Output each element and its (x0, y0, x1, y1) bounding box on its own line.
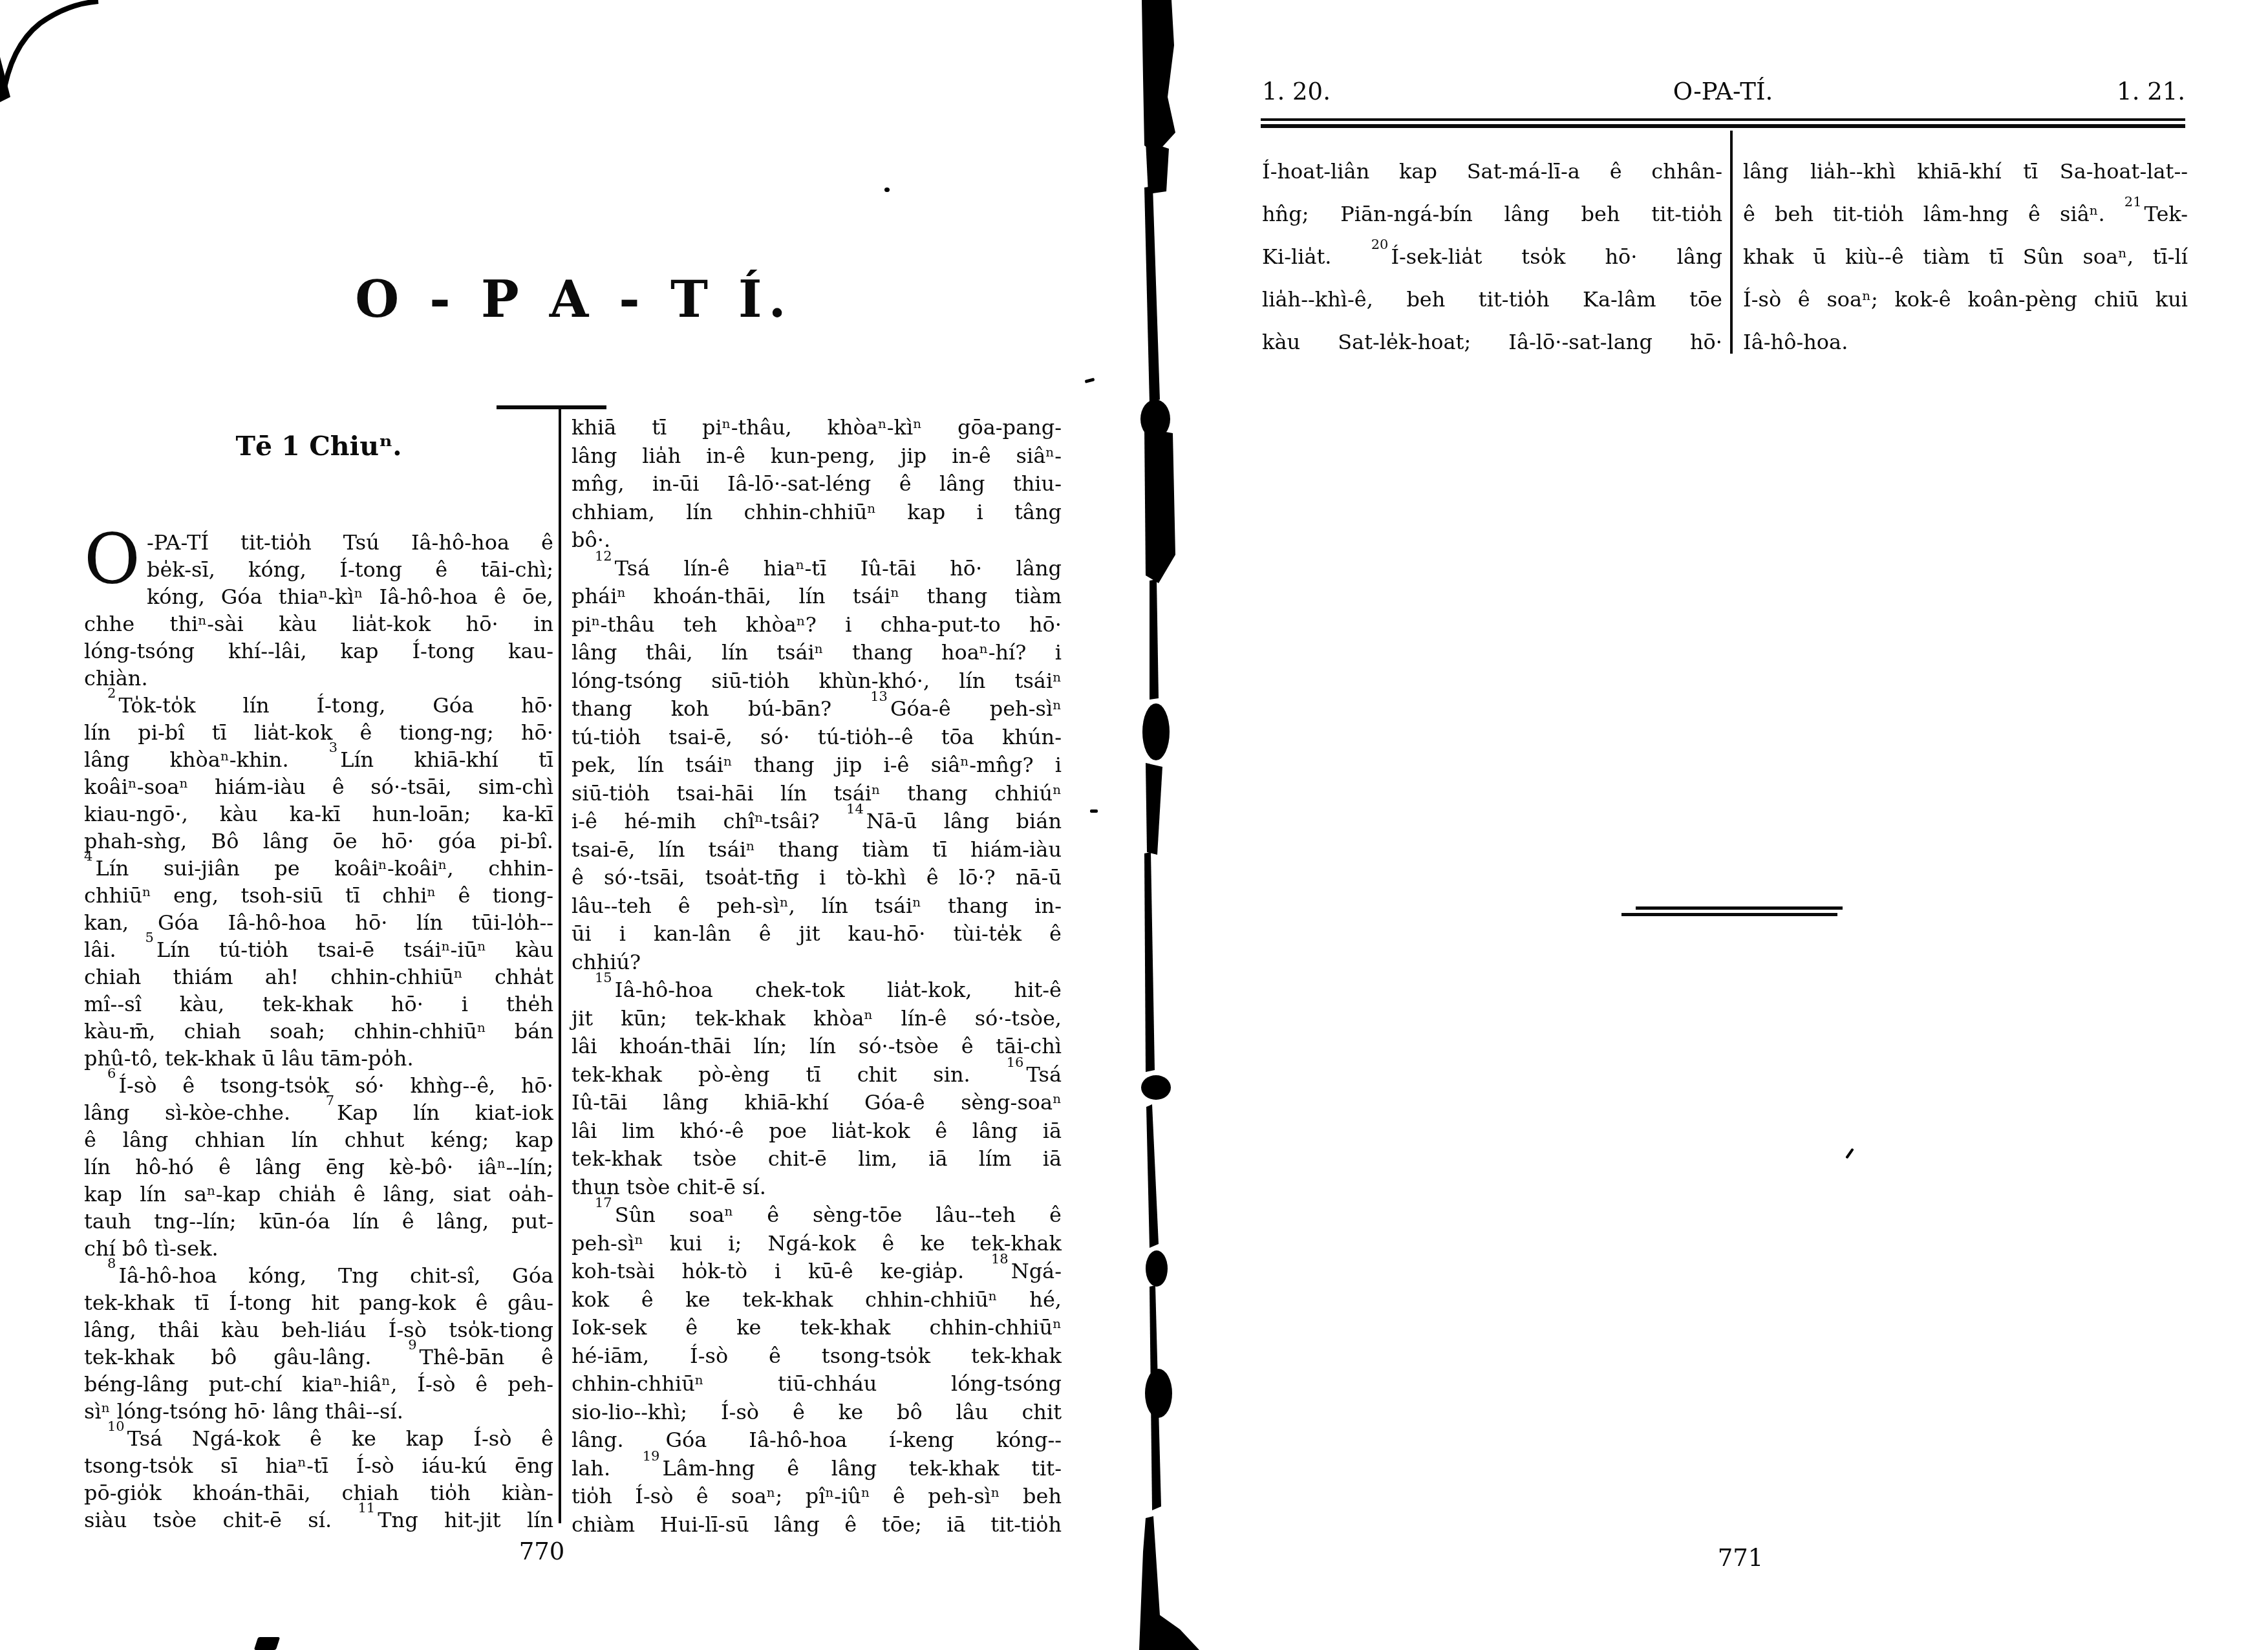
text-line: kiau-ngō·, kàu ka-kī hun-loān; ka-kī (84, 800, 553, 828)
text-line: tek-khak bô gâu-lâng. 9Thê-bān ê (84, 1344, 553, 1371)
header-rule-top (1261, 118, 2185, 121)
text-line: Iâ-hô-hoa. (1743, 321, 2188, 363)
text-line: ūi i kan-lân ê jit kau-hō· tùi-te̍k ê (572, 920, 1062, 948)
left-page-column-divider (559, 407, 561, 1523)
verse-number: 3 (329, 740, 340, 755)
text-line: lâi khoán-thāi lín; lín só·-tsòe ê tāi-c… (572, 1033, 1062, 1061)
verse-number: 2 (107, 685, 118, 701)
paragraph: 2To̍k-to̍k lín Í-tong, Góa hō·lín pi-bî … (84, 692, 553, 1072)
text-line: tú-tio̍h tsai-ē, só· tú-tio̍h--ê tōa khú… (572, 723, 1062, 752)
text-line: jit kūn; tek-khak khòaⁿ lín-ê só·-tsòe, (572, 1005, 1062, 1033)
right-page-column-divider (1730, 131, 1733, 354)
text-line: lia̍h--khì-ê, beh tit-tio̍h Ka-lâm tōe (1262, 278, 1722, 321)
text-line: sio-lio--khì; Í-sò ê ke bô lâu chit (572, 1398, 1062, 1427)
paragraph: 17Sûn soaⁿ ê sèng-tōe lâu--teh êpeh-sìⁿ … (572, 1201, 1062, 1539)
text-line: 10Tsá Ngá-kok ê ke kap Í-sò ê (84, 1425, 553, 1452)
text-line: kàu Sat-le̍k-hoat; Iâ-lō·-sat-lang hō· (1262, 321, 1722, 363)
text-line: béng-lâng put-chí kiaⁿ-hiâⁿ, Í-sò ê peh- (84, 1371, 553, 1398)
verse-number: 12 (595, 548, 615, 564)
header-rule-bottom (1261, 124, 2185, 128)
text-line: i-ê hé-mih chîⁿ-tsâi? 14Nā-ū lâng bián (572, 808, 1062, 836)
text-line: chiàn. (84, 665, 553, 692)
text-line: khak ū kiù--ê tiàm tī Sûn soaⁿ, tī-lí (1743, 235, 2188, 278)
text-line: lâu--teh ê peh-sìⁿ, lín tsáiⁿ thang in- (572, 892, 1062, 921)
chapter-heading: Tē 1 Chiuⁿ. (84, 431, 553, 462)
verse-number: 7 (326, 1093, 337, 1108)
text-line: kok ê ke tek-khak chhin-chhiūⁿ hé, (572, 1286, 1062, 1314)
verse-number: 15 (595, 970, 615, 985)
text-line: siàu tsòe chit-ē sí. 11Tng hit-jit lín (84, 1506, 553, 1534)
text-line: 12Tsá lín-ê hiaⁿ-tī Iû-tāi hō· lâng (572, 555, 1062, 583)
text-line: pek, lín tsáiⁿ thang jip i-ê siâⁿ-mn̂g? … (572, 751, 1062, 780)
text-line: lâng thâi, lín tsáiⁿ thang hoaⁿ-hí? i (572, 639, 1062, 667)
paragraph: O-PA-TÍ tit-tio̍h Tsú Iâ-hô-hoa êbe̍k-sī… (84, 529, 553, 692)
text-line: 2To̍k-to̍k lín Í-tong, Góa hō· (84, 692, 553, 719)
text-line: lâng, thâi kàu beh-liáu Í-sò tso̍k-tiong (84, 1316, 553, 1344)
text-line: tek-khak pò-èng tī chit sin. 16Tsá (572, 1061, 1062, 1089)
left-page-number: 770 (503, 1537, 581, 1565)
text-line: peh-sìⁿ kui i; Ngá-kok ê ke tek-khak (572, 1230, 1062, 1258)
page-corner-mark (0, 0, 142, 110)
ink-speck (1845, 1148, 1854, 1159)
text-line: sìⁿ lóng-tsóng hō· lâng thâi--sí. (84, 1398, 553, 1425)
paragraph: 15Iâ-hô-hoa chek-tok lia̍t-kok, hit-êjit… (572, 976, 1062, 1201)
text-line: Iok-sek ê ke tek-khak chhin-chhiūⁿ (572, 1314, 1062, 1342)
text-line: tsai-ē, lín tsáiⁿ thang tiàm tī hiám-iàu (572, 836, 1062, 864)
text-line: lah. 19Lâm-hng ê lâng tek-khak tit- (572, 1455, 1062, 1483)
left-page-column-2: khiā tī piⁿ-thâu, khòaⁿ-kìⁿ gōa-pang-lân… (572, 414, 1062, 1539)
text-line: chí bô tì-sek. (84, 1235, 553, 1262)
paragraph: khiā tī piⁿ-thâu, khòaⁿ-kìⁿ gōa-pang-lân… (572, 414, 1062, 555)
text-line: phû-tô, tek-khak ū lâu tām-po̍h. (84, 1045, 553, 1072)
verse-number: 16 (1007, 1055, 1027, 1070)
text-line: koh-tsài ho̍k-tò i kū-ê ke-gia̍p. 18Ngá- (572, 1258, 1062, 1286)
text-line: lâng lia̍h--khì khiā-khí tī Sa-hoat-lat-… (1743, 150, 2188, 193)
verse-number: 6 (107, 1066, 118, 1081)
verse-number: 5 (145, 930, 156, 945)
verse-number: 19 (643, 1448, 663, 1464)
text-line: mî--sî kàu, tek-khak hō· i the̍h (84, 991, 553, 1018)
book-spine-shadow (1047, 0, 1228, 1650)
text-line: tauh tng--lín; kūn-óa lín ê lâng, put- (84, 1208, 553, 1235)
ink-speck (1090, 809, 1098, 813)
text-line: tio̍h Í-sò ê soaⁿ; pîⁿ-iûⁿ ê peh-sìⁿ beh (572, 1483, 1062, 1511)
text-line: 6Í-sò ê tsong-tso̍k só· khǹg--ê, hō· (84, 1072, 553, 1099)
text-line: hn̂g; Piān-ngá-bín lâng beh tit-tio̍h (1262, 193, 1722, 235)
text-line: bô·. (572, 526, 1062, 555)
text-line: O-PA-TÍ tit-tio̍h Tsú Iâ-hô-hoa ê (84, 529, 553, 556)
verse-number: 13 (870, 689, 890, 704)
text-line: 17Sûn soaⁿ ê sèng-tōe lâu--teh ê (572, 1201, 1062, 1230)
text-line: khiā tī piⁿ-thâu, khòaⁿ-kìⁿ gōa-pang- (572, 414, 1062, 442)
text-line: kóng, Góa thiaⁿ-kìⁿ Iâ-hô-hoa ê ōe, (84, 583, 553, 610)
paragraph: 6Í-sò ê tsong-tso̍k só· khǹg--ê, hō·lâng… (84, 1072, 553, 1262)
text-line: piⁿ-thâu teh khòaⁿ? i chha-put-to hō· (572, 611, 1062, 639)
text-line: koâiⁿ-soaⁿ hiám-iàu ê só·-tsāi, sim-chì (84, 773, 553, 800)
paragraph: lâng lia̍h--khì khiā-khí tī Sa-hoat-lat-… (1743, 150, 2188, 363)
section-end-rule-bottom (1621, 913, 1837, 916)
text-line: Í-sò ê soaⁿ; kok-ê koân-pèng chiū kui (1743, 278, 2188, 321)
text-line: ê lâng chhian lín chhut kéng; kap (84, 1126, 553, 1153)
paragraph: 8Iâ-hô-hoa kóng, Tng chit-sî, Góatek-kha… (84, 1262, 553, 1425)
verse-number: 18 (991, 1251, 1011, 1267)
text-line: pō-gio̍k khoán-thāi, chiah tio̍h kiàn- (84, 1479, 553, 1506)
text-line: ê beh tit-tio̍h lâm-hng ê siâⁿ. 21Tek- (1743, 193, 2188, 235)
right-page-column-2: lâng lia̍h--khì khiā-khí tī Sa-hoat-lat-… (1743, 150, 2188, 363)
text-line: mn̂g, in-ūi Iâ-lō·-sat-léng ê lâng thiu- (572, 470, 1062, 498)
left-page-column-1: O-PA-TÍ tit-tio̍h Tsú Iâ-hô-hoa êbe̍k-sī… (84, 529, 553, 1534)
text-line: Iû-tāi lâng khiā-khí Góa-ê sèng-soaⁿ (572, 1089, 1062, 1117)
text-line: lâng lia̍h in-ê kun-peng, jip in-ê siâⁿ- (572, 442, 1062, 471)
paragraph: 10Tsá Ngá-kok ê ke kap Í-sò êtsong-tso̍k… (84, 1425, 553, 1534)
text-line: tsong-tso̍k sī hiaⁿ-tī Í-sò iáu-kú ēng (84, 1452, 553, 1479)
text-line: lâng sì-kòe-chhe. 7Kap lín kiat-iok (84, 1099, 553, 1126)
text-line: chhiūⁿ eng, tsoh-siū tī chhiⁿ ê tiong- (84, 882, 553, 909)
section-end-rule-top (1636, 906, 1843, 910)
right-page-number: 771 (1702, 1544, 1779, 1572)
title-rule (497, 405, 606, 409)
text-line: lâi lim khó·-ê poe lia̍t-kok ê lâng iā (572, 1117, 1062, 1146)
ink-blot (254, 1637, 280, 1650)
text-line: Ki-lia̍t. 20Í-sek-lia̍t tso̍k hō· lâng (1262, 235, 1722, 278)
paragraph: Í-hoat-liân kap Sat-má-lī-a ê chhân-hn̂g… (1262, 150, 1722, 363)
text-line: Í-hoat-liân kap Sat-má-lī-a ê chhân- (1262, 150, 1722, 193)
drop-cap: O (84, 533, 140, 586)
text-line: 8Iâ-hô-hoa kóng, Tng chit-sî, Góa (84, 1262, 553, 1289)
text-line: lín pi-bî tī lia̍t-kok ê tiong-ng; hō· (84, 719, 553, 746)
text-line: hé-iām, Í-sò ê tsong-tso̍k tek-khak (572, 1342, 1062, 1371)
text-line: chhiam, lín chhin-chhiūⁿ kap i tâng (572, 498, 1062, 527)
text-line: chiàm Hui-lī-sū lâng ê tōe; iā tit-tio̍h (572, 1511, 1062, 1539)
verse-number: 4 (84, 848, 95, 864)
ink-speck (884, 187, 890, 192)
text-line: chhe thiⁿ-sài kàu lia̍t-kok hō· in (84, 610, 553, 637)
verse-number: 11 (358, 1500, 378, 1516)
text-line: lóng-tsóng siū-tio̍h khùn-khó·, lín tsái… (572, 667, 1062, 696)
text-line: chiah thiám ah! chhin-chhiūⁿ chha̍t (84, 963, 553, 991)
verse-number: 14 (846, 801, 866, 817)
text-line: lâi. 5Lín tú-tio̍h tsai-ē tsáiⁿ-iūⁿ kàu (84, 936, 553, 963)
verse-number: 8 (107, 1256, 118, 1271)
verse-number: 17 (595, 1195, 615, 1210)
running-head-verse-right: 1. 21. (2030, 78, 2185, 105)
text-line: tek-khak tsòe chit-ē lim, iā lím iā (572, 1145, 1062, 1173)
text-line: lóng-tsóng khí--lâi, kap Í-tong kau- (84, 637, 553, 665)
text-line: kàu-m̄, chiah soah; chhin-chhiūⁿ bán (84, 1018, 553, 1045)
paragraph: 12Tsá lín-ê hiaⁿ-tī Iû-tāi hō· lângpháiⁿ… (572, 555, 1062, 977)
text-line: 15Iâ-hô-hoa chek-tok lia̍t-kok, hit-ê (572, 976, 1062, 1005)
text-line: phah-sǹg, Bô lâng ōe hō· góa pi-bî. (84, 828, 553, 855)
text-line: thun tsòe chit-ē sí. (572, 1173, 1062, 1202)
book-title: O - P A - T Í. (84, 270, 1064, 329)
text-line: lâng khòaⁿ-khin. 3Lín khiā-khí tī (84, 746, 553, 773)
text-line: 4Lín sui-jiân pe koâiⁿ-koâiⁿ, chhin- (84, 855, 553, 882)
text-line: lín hô-hó ê lâng ēng kè-bô· iâⁿ--lín; (84, 1153, 553, 1181)
text-line: kap lín saⁿ-kap chia̍h ê lâng, siat oa̍h… (84, 1181, 553, 1208)
verse-number: 21 (2124, 194, 2145, 209)
verse-number: 10 (107, 1419, 127, 1434)
text-line: ê só·-tsāi, tsoa̍t-tn̄g i tò-khì ê lō·? … (572, 864, 1062, 892)
text-line: chhin-chhiūⁿ tiū-chháu lóng-tsóng (572, 1370, 1062, 1398)
text-line: chhiú? (572, 948, 1062, 977)
verse-number: 9 (408, 1337, 419, 1353)
text-line: pháiⁿ khoán-thāi, lín tsáiⁿ thang tiàm (572, 583, 1062, 611)
text-line: thang koh bú-bān? 13Góa-ê peh-sìⁿ (572, 695, 1062, 723)
text-line: be̍k-sī, kóng, Í-tong ê tāi-chì; (84, 556, 553, 583)
text-line: tek-khak tī Í-tong hit pang-kok ê gâu- (84, 1289, 553, 1316)
verse-number: 20 (1371, 237, 1391, 252)
text-line: siū-tio̍h tsai-hāi lín tsáiⁿ thang chhiú… (572, 780, 1062, 808)
right-page-column-1: Í-hoat-liân kap Sat-má-lī-a ê chhân-hn̂g… (1262, 150, 1722, 363)
